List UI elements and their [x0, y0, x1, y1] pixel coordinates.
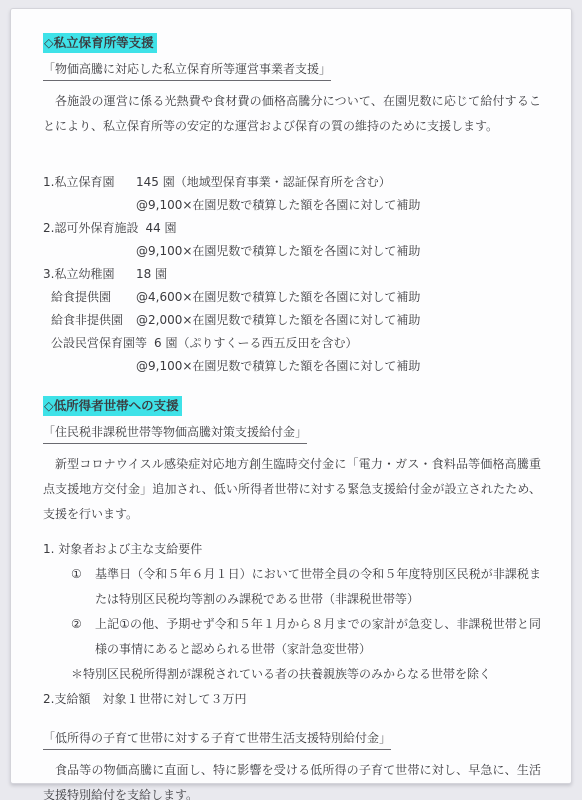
subsidy-row-label [43, 240, 136, 263]
subsidy-row-value: @9,100×在園児数で積算した額を各園に対して補助 [136, 355, 541, 378]
screenshot-background: { "theme": { "background": "#e9e9ee", "p… [0, 0, 582, 800]
document-page: ◇私立保育所等支援 「物価高騰に対応した私立保育所等運営事業者支援」 各施設の運… [10, 8, 572, 784]
subsidy-row-value: @4,600×在園児数で積算した額を各園に対して補助 [136, 286, 541, 309]
subsidy-row: @9,100×在園児数で積算した額を各園に対して補助 [43, 240, 541, 263]
grant1-exclusion-note: ＊特別区民税所得割が課税されている者の扶養親族等のみからなる世帯を除く [43, 662, 541, 687]
subsidy-row: 公設民営保育園等 6 園（ぷりすくーる西五反田を含む） [43, 332, 541, 355]
subsidy-row: 給食非提供園 @2,000×在園児数で積算した額を各園に対して補助 [43, 309, 541, 332]
nursery-subsidy-list: 1.私立保育園 145 園（地域型保育事業・認証保育所を含む） @9,100×在… [43, 171, 541, 378]
subsidy-row-value: @9,100×在園児数で積算した額を各園に対して補助 [136, 194, 541, 217]
subsidy-row: @9,100×在園児数で積算した額を各園に対して補助 [43, 194, 541, 217]
subsidy-row-label: 3.私立幼稚園 [43, 263, 136, 286]
grant1-requirement-2: ② 上記①の他、予期せず令和５年１月から８月までの家計が急変し、非課税世帯と同様… [43, 612, 541, 662]
subsidy-row-value: @2,000×在園児数で積算した額を各園に対して補助 [136, 309, 541, 332]
grant2-title-line: 「低所得の子育て世帯に対する子育て世帯生活支援特別給付金」 [43, 730, 541, 750]
subsidy-row-label [43, 194, 136, 217]
subsidy-row: 2.認可外保育施設 44 園 [43, 217, 541, 240]
spacer [43, 712, 541, 730]
subsidy-row-label: 給食提供園 [51, 286, 136, 309]
section-nursery-heading: ◇私立保育所等支援 [43, 33, 157, 53]
nursery-program-title: 「物価高騰に対応した私立保育所等運営事業者支援」 [43, 61, 331, 81]
subsidy-row-value: 6 園（ぷりすくーる西五反田を含む） [154, 332, 541, 355]
subsidy-row-label: 2.認可外保育施設 [43, 217, 145, 240]
subsidy-row-label: 給食非提供園 [51, 309, 136, 332]
subsidy-row-value: @9,100×在園児数で積算した額を各園に対して補助 [136, 240, 541, 263]
section-low-income-heading-line: ◇低所得者世帯への支援 [43, 396, 541, 416]
grant1-title-line: 「住民税非課税世帯等物価高騰対策支援給付金」 [43, 424, 541, 444]
requirement-text: 基準日（令和５年６月１日）において世帯全員の令和５年度特別区民税が非課税または特… [95, 562, 541, 612]
grant1-title: 「住民税非課税世帯等物価高騰対策支援給付金」 [43, 424, 307, 444]
section-low-income-heading: ◇低所得者世帯への支援 [43, 396, 182, 416]
grant2-title: 「低所得の子育て世帯に対する子育て世帯生活支援特別給付金」 [43, 730, 391, 750]
subsidy-row: 3.私立幼稚園 18 園 [43, 263, 541, 286]
requirement-text: 上記①の他、予期せず令和５年１月から８月までの家計が急変し、非課税世帯と同様の事… [95, 612, 541, 662]
subsidy-row-value: 18 園 [136, 263, 541, 286]
grant1-requirements-heading: 1. 対象者および主な支給要件 [43, 537, 541, 562]
grant1-intro-paragraph: 新型コロナウイスル感染症対応地方創生臨時交付金に「電力・ガス・食料品等価格高騰重… [43, 452, 541, 527]
nursery-intro-paragraph: 各施設の運営に係る光熱費や食材費の価格高騰分について、在園児数に応じて給付するこ… [43, 89, 541, 139]
subsidy-row: 給食提供園 @4,600×在園児数で積算した額を各園に対して補助 [43, 286, 541, 309]
section-nursery-heading-line: ◇私立保育所等支援 [43, 33, 541, 53]
subsidy-row-value: 145 園（地域型保育事業・認証保育所を含む） [136, 171, 541, 194]
circled-two-marker: ② [71, 612, 95, 662]
nursery-program-title-line: 「物価高騰に対応した私立保育所等運営事業者支援」 [43, 61, 541, 81]
subsidy-row-label [43, 355, 136, 378]
grant1-requirement-1: ① 基準日（令和５年６月１日）において世帯全員の令和５年度特別区民税が非課税また… [43, 562, 541, 612]
spacer [43, 378, 541, 396]
subsidy-row-label: 1.私立保育園 [43, 171, 136, 194]
grant2-intro-paragraph: 食品等の物価高騰に直面し、特に影響を受ける低所得の子育て世帯に対し、早急に、生活… [43, 758, 541, 800]
subsidy-row-label: 公設民営保育園等 [51, 332, 154, 355]
spacer [43, 149, 541, 163]
subsidy-row: 1.私立保育園 145 園（地域型保育事業・認証保育所を含む） [43, 171, 541, 194]
subsidy-row-value: 44 園 [145, 217, 541, 240]
subsidy-row: @9,100×在園児数で積算した額を各園に対して補助 [43, 355, 541, 378]
grant1-amount: 2.支給額 対象１世帯に対して３万円 [43, 687, 541, 712]
circled-one-marker: ① [71, 562, 95, 612]
